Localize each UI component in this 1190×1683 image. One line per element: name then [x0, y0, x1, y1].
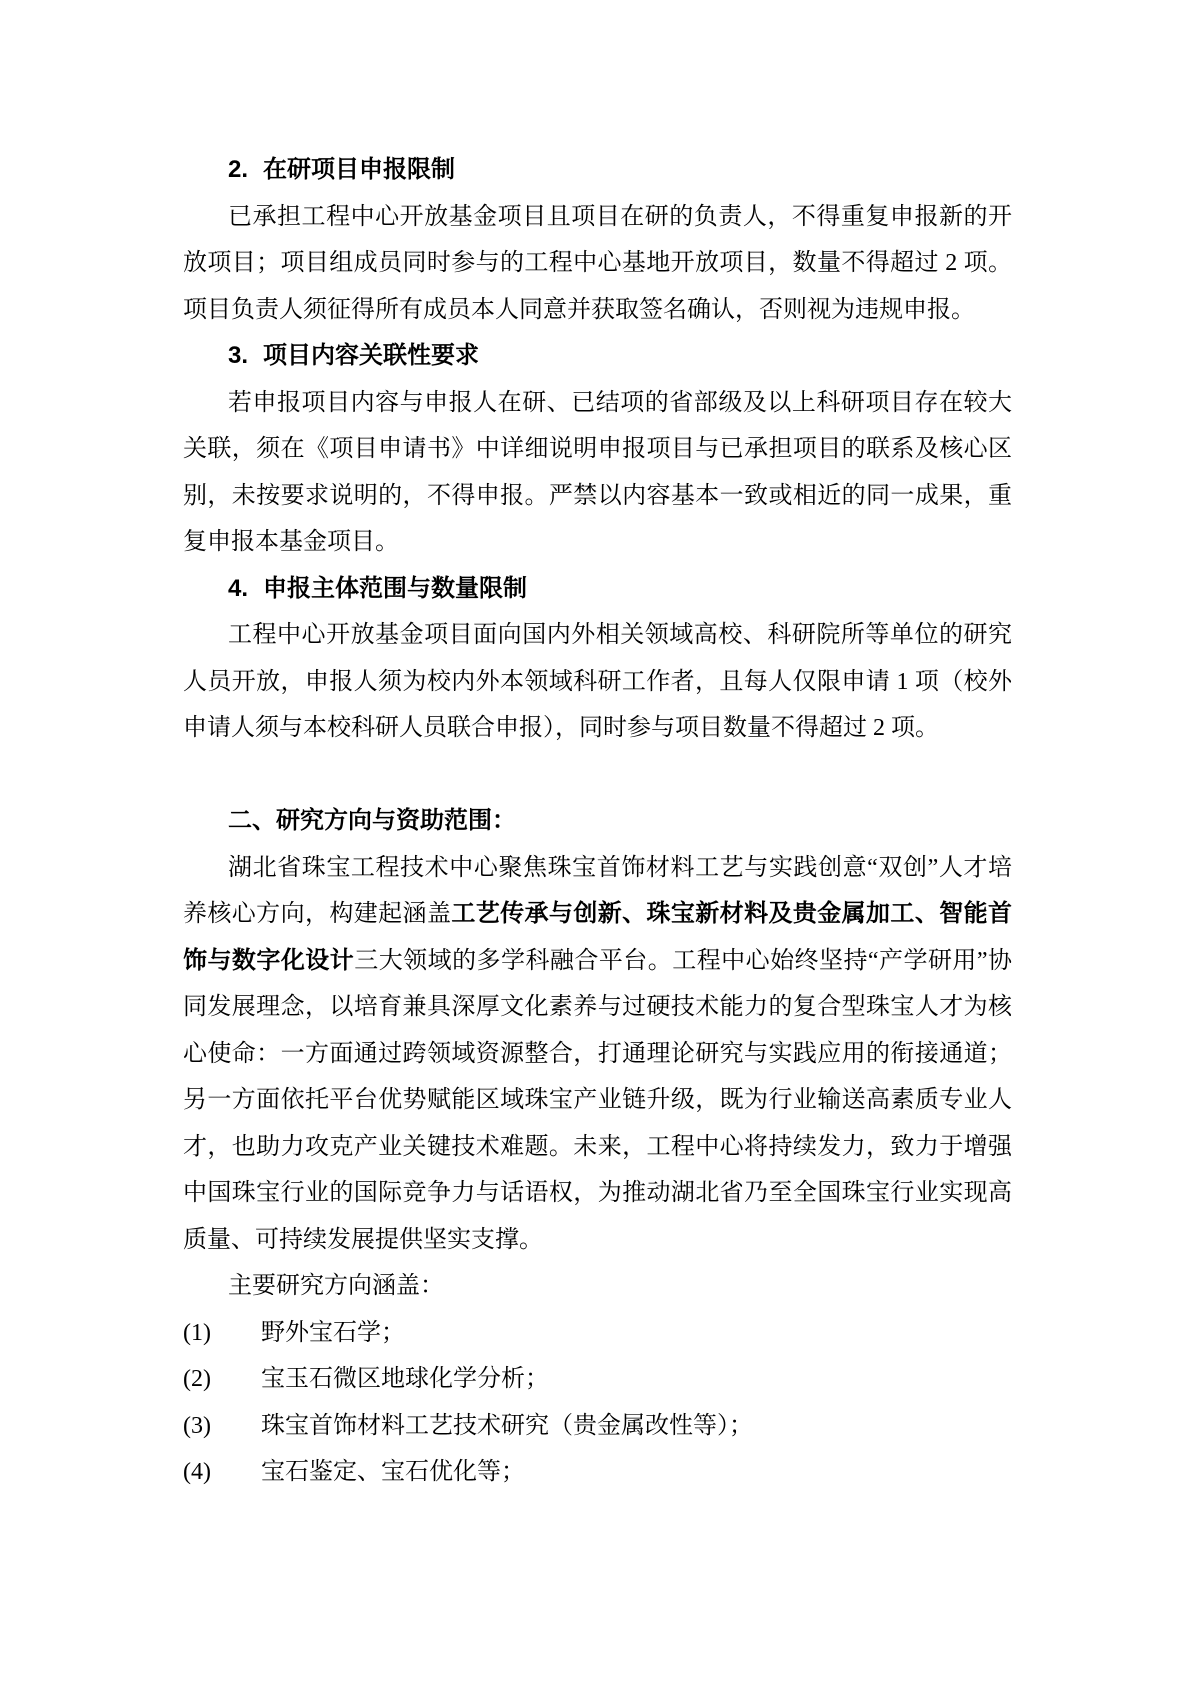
- heading-title: 在研项目申报限制: [263, 156, 455, 183]
- direction-item-3: (3)珠宝首饰材料工艺技术研究（贵金属改性等）；: [183, 1403, 1012, 1450]
- direction-item-text: 野外宝石学；: [261, 1320, 405, 1346]
- heading-content-relevance: 3.项目内容关联性要求: [183, 333, 1012, 380]
- research-intro-post: 三大领域的多学科融合平台。工程中心始终坚持“产学研用”协同发展理念，以培育兼具深…: [183, 948, 1012, 1253]
- document-content: 2.在研项目申报限制 已承担工程中心开放基金项目且项目在研的负责人，不得重复申报…: [183, 147, 1012, 1496]
- heading-title: 申报主体范围与数量限制: [263, 575, 527, 602]
- heading-number: 4.: [228, 575, 248, 602]
- direction-item-number: (4): [183, 1449, 261, 1496]
- heading-applicant-scope: 4.申报主体范围与数量限制: [183, 566, 1012, 613]
- paragraph-ongoing-project-limit: 已承担工程中心开放基金项目且项目在研的负责人，不得重复申报新的开放项目；项目组成…: [183, 194, 1012, 334]
- direction-item-1: (1)野外宝石学；: [183, 1310, 1012, 1357]
- direction-item-text: 宝石鉴定、宝石优化等；: [261, 1459, 525, 1485]
- heading-number: 2.: [228, 156, 248, 183]
- document-page: 2.在研项目申报限制 已承担工程中心开放基金项目且项目在研的负责人，不得重复申报…: [0, 0, 1190, 1683]
- heading-number: 3.: [228, 342, 248, 369]
- direction-item-2: (2)宝玉石微区地球化学分析；: [183, 1356, 1012, 1403]
- direction-item-4: (4)宝石鉴定、宝石优化等；: [183, 1449, 1012, 1496]
- direction-item-number: (2): [183, 1356, 261, 1403]
- paragraph-research-intro: 湖北省珠宝工程技术中心聚焦珠宝首饰材料工艺与实践创意“双创”人才培养核心方向，构…: [183, 845, 1012, 1264]
- direction-item-number: (3): [183, 1403, 261, 1450]
- heading-title: 项目内容关联性要求: [263, 342, 479, 369]
- heading-ongoing-project-limit: 2.在研项目申报限制: [183, 147, 1012, 194]
- research-directions-label: 主要研究方向涵盖：: [183, 1263, 1012, 1310]
- direction-item-number: (1): [183, 1310, 261, 1357]
- paragraph-applicant-scope: 工程中心开放基金项目面向国内外相关领域高校、科研院所等单位的研究人员开放，申报人…: [183, 612, 1012, 752]
- paragraph-content-relevance: 若申报项目内容与申报人在研、已结项的省部级及以上科研项目存在较大关联，须在《项目…: [183, 380, 1012, 566]
- heading-research-directions: 二、研究方向与资助范围：: [183, 798, 1012, 845]
- direction-item-text: 珠宝首饰材料工艺技术研究（贵金属改性等）；: [261, 1413, 753, 1439]
- direction-item-text: 宝玉石微区地球化学分析；: [261, 1366, 549, 1392]
